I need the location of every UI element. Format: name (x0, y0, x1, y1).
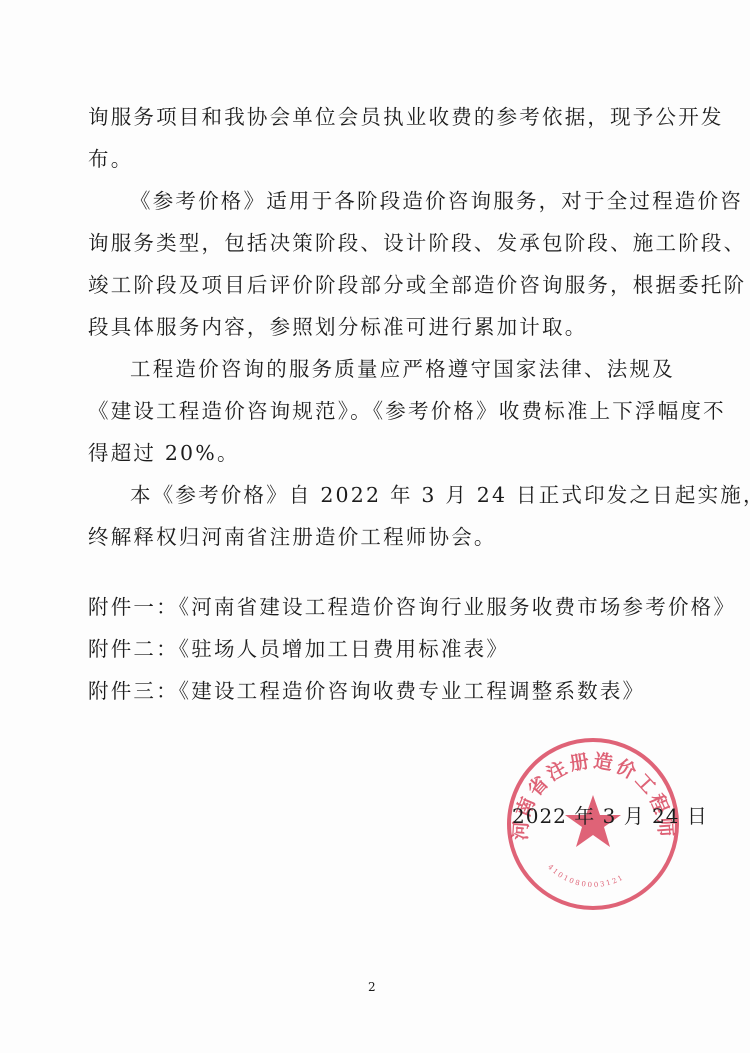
paragraph-1-line-2: 布。 (88, 145, 133, 173)
paragraph-3-line-2: 《建设工程造价咨询规范》。《参考价格》收费标准上下浮幅度不 (88, 397, 726, 425)
page-number: 2 (368, 980, 376, 994)
issue-date: 2022 年 3 月 24 日 (512, 800, 708, 829)
attachment-2: 附件二：《驻场人员增加工日费用标准表》 (88, 635, 509, 663)
svg-text:4101080003121: 4101080003121 (546, 863, 626, 889)
paragraph-2-line-2: 询服务类型，包括决策阶段、设计阶段、发承包阶段、施工阶段、 (88, 229, 746, 257)
document-page: 询服务项目和我协会单位会员执业收费的参考依据，现予公开发 布。 《参考价格》适用… (0, 0, 750, 1053)
attachment-1: 附件一：《河南省建设工程造价咨询行业服务收费市场参考价格》 (88, 593, 736, 621)
paragraph-2-line-3: 竣工阶段及项目后评价阶段部分或全部造价咨询服务，根据委托阶 (88, 271, 746, 299)
paragraph-4-line-1: 本《参考价格》自 2022 年 3 月 24 日正式印发之日起实施，最 (130, 481, 750, 509)
paragraph-3-line-3: 得超过 20%。 (88, 439, 240, 467)
seal-serial: 4101080003121 (546, 863, 626, 889)
paragraph-2-line-1: 《参考价格》适用于各阶段造价咨询服务，对于全过程造价咨 (130, 187, 743, 215)
attachment-3: 附件三：《建设工程造价咨询收费专业工程调整系数表》 (88, 677, 645, 705)
paragraph-1-line-1: 询服务项目和我协会单位会员执业收费的参考依据，现予公开发 (88, 103, 724, 131)
paragraph-3-line-1: 工程造价咨询的服务质量应严格遵守国家法律、法规及 (130, 355, 675, 383)
paragraph-4-line-2: 终解释权归河南省注册造价工程师协会。 (88, 523, 497, 551)
paragraph-2-line-4: 段具体服务内容，参照划分标准可进行累加计取。 (88, 313, 587, 341)
